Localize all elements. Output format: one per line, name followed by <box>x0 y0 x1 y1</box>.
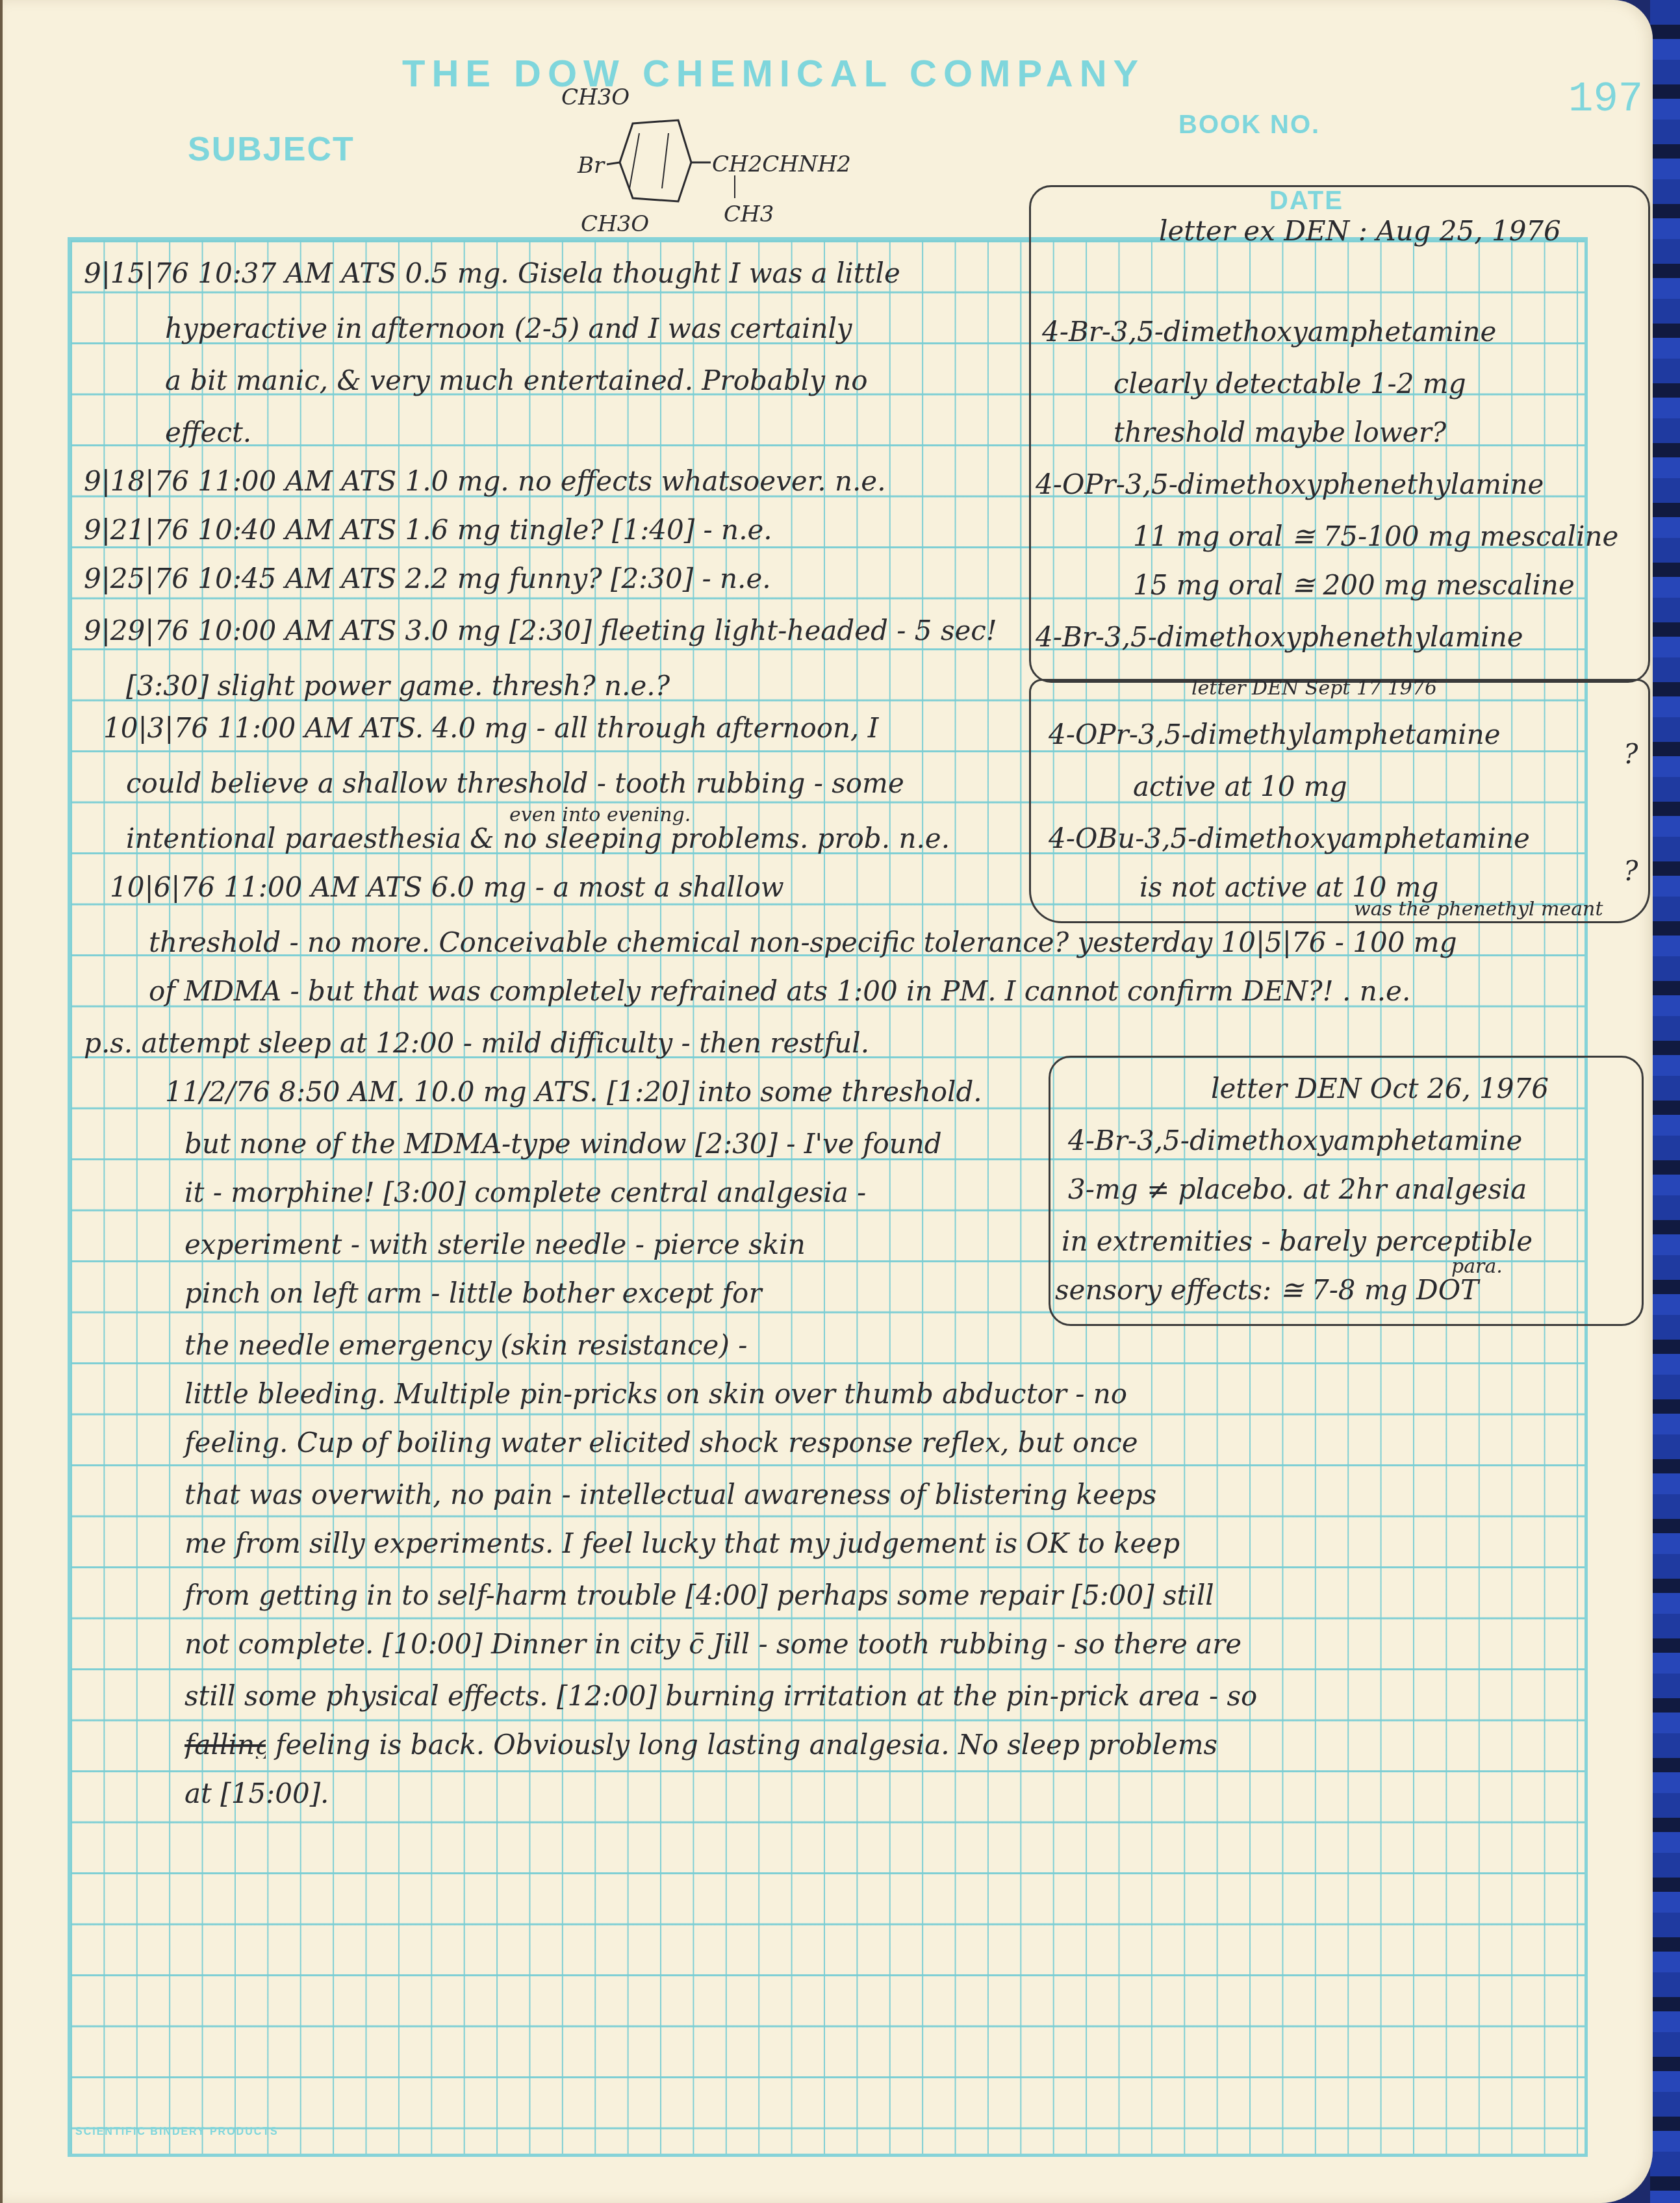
side-note-annotation: was the phenethyl meant <box>1354 900 1603 919</box>
entry-line: it - morphine! [3:00] complete central a… <box>185 1179 866 1206</box>
side-note-line: 3-mg ≠ placebo. at 2hr analgesia <box>1068 1176 1527 1203</box>
substituent-top: CH3O <box>561 84 630 110</box>
entry-line: 9|15|76 10:37 AM ATS 0.5 mg. Gisela thou… <box>84 260 900 287</box>
entry-line: still some physical effects. [12:00] bur… <box>185 1683 1257 1710</box>
side-note-line: 15 mg oral ≅ 200 mg mescaline <box>1133 572 1575 599</box>
subject-label: SUBJECT <box>188 130 355 169</box>
side-note-line: 4-OPr-3,5-dimethylamphetamine <box>1049 721 1501 748</box>
footer-brand: SCIENTIFIC BINDERY PRODUCTS <box>75 2126 279 2138</box>
entry-line: effect. <box>165 419 251 446</box>
entry-line: 10|3|76 11:00 AM ATS. 4.0 mg - all throu… <box>103 715 878 742</box>
side-note-line: active at 10 mg <box>1133 773 1347 800</box>
substituent-bottom: CH3O <box>581 211 649 237</box>
entry-line: that was overwith, no pain - intellectua… <box>185 1481 1156 1509</box>
entry-line: from getting in to self-harm trouble [4:… <box>185 1582 1214 1609</box>
query-mark: ? <box>1623 858 1638 885</box>
entry-line: intentional paraesthesia & no sleeping p… <box>126 825 950 852</box>
entry-line: p.s. attempt sleep at 12:00 - mild diffi… <box>84 1030 869 1057</box>
entry-line: me from silly experiments. I feel lucky … <box>185 1530 1180 1557</box>
entry-line: 9|18|76 11:00 AM ATS 1.0 mg. no effects … <box>84 468 886 495</box>
page-number: 197 <box>1568 77 1643 123</box>
entry-line: little bleeding. Multiple pin-pricks on … <box>185 1381 1127 1408</box>
side-chain: CH2CHNH2 <box>712 151 851 177</box>
notebook-page: THE DOW CHEMICAL COMPANY SUBJECT BOOK NO… <box>0 0 1653 2203</box>
side-chain-methyl: CH3 <box>724 201 774 227</box>
side-note-heading: letter ex DEN : Aug 25, 1976 <box>1159 218 1561 245</box>
entry-line: at [15:00]. <box>185 1780 329 1807</box>
entry-line: experiment - with sterile needle - pierc… <box>185 1231 806 1258</box>
side-note-line: threshold maybe lower? <box>1114 419 1446 446</box>
entry-line: the needle emergency (skin resistance) - <box>185 1332 747 1359</box>
query-mark: ? <box>1623 741 1638 768</box>
entry-line: pinch on left arm - little bother except… <box>185 1280 761 1307</box>
entry-line: a bit manic, & very much entertained. Pr… <box>165 367 868 394</box>
chemical-structure-sketch: CH3O Br CH3O CH2CHNH2 CH3 <box>548 88 756 237</box>
book-number-label: BOOK NO. <box>1178 110 1320 140</box>
entry-line: [3:30] slight power game. thresh? n.e.? <box>126 672 670 700</box>
entry-line: but none of the MDMA-type window [2:30] … <box>185 1130 942 1158</box>
side-note-line: 4-OBu-3,5-dimethoxyamphetamine <box>1049 825 1530 852</box>
entry-line: could believe a shallow threshold - toot… <box>126 770 904 797</box>
company-header: THE DOW CHEMICAL COMPANY <box>402 52 1145 96</box>
struck-word: falling <box>185 1731 266 1759</box>
side-note-line: 4-OPr-3,5-dimethoxyphenethylamine <box>1036 471 1544 498</box>
entry-line: 11/2/76 8:50 AM. 10.0 mg ATS. [1:20] int… <box>165 1078 982 1106</box>
side-note-line: sensory effects: ≅ 7-8 mg DOT <box>1055 1277 1479 1304</box>
side-note-line: is not active at 10 mg <box>1139 874 1438 901</box>
side-note-line: 11 mg oral ≅ 75-100 mg mescaline <box>1133 523 1618 550</box>
side-note-line: clearly detectable 1-2 mg <box>1114 370 1466 398</box>
notebook-binding <box>1650 0 1680 2203</box>
entry-line: of MDMA - but that was completely refrai… <box>149 978 1410 1005</box>
entry-line: feeling. Cup of boiling water elicited s… <box>185 1429 1138 1457</box>
entry-line: not complete. [10:00] Dinner in city c̄ … <box>185 1631 1241 1658</box>
side-note-line: 4-Br-3,5-dimethoxyphenethylamine <box>1036 624 1523 651</box>
side-note-line: 4-Br-3,5-dimethoxyamphetamine <box>1042 318 1496 346</box>
entry-line: 10|6|76 11:00 AM ATS 6.0 mg - a most a s… <box>110 874 784 901</box>
entry-line: 9|25|76 10:45 AM ATS 2.2 mg funny? [2:30… <box>84 565 771 592</box>
entry-line: 9|21|76 10:40 AM ATS 1.6 mg tingle? [1:4… <box>84 516 772 544</box>
entry-line: feeling is back. Obviously long lasting … <box>275 1731 1217 1759</box>
substituent-left: Br <box>578 153 604 179</box>
side-note-line: 4-Br-3,5-dimethoxyamphetamine <box>1068 1127 1522 1154</box>
side-note-line: in extremities - barely perceptible <box>1062 1228 1533 1255</box>
entry-line: 9|29|76 10:00 AM ATS 3.0 mg [2:30] fleet… <box>84 617 997 644</box>
entry-line: threshold - no more. Conceivable chemica… <box>149 929 1457 956</box>
side-note-heading: letter DEN Sept 17 1976 <box>1191 679 1437 698</box>
entry-line: hyperactive in afternoon (2-5) and I was… <box>165 315 852 342</box>
side-note-heading: letter DEN Oct 26, 1976 <box>1211 1075 1549 1102</box>
